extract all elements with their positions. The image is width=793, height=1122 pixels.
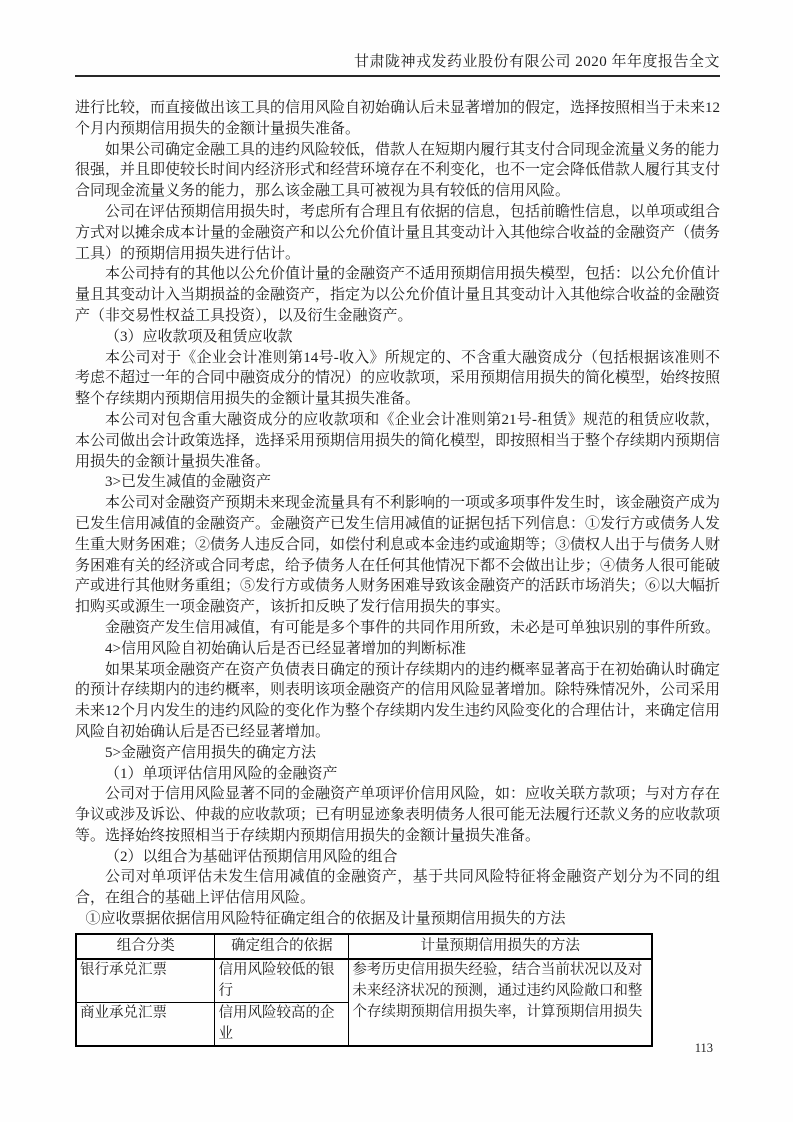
paragraph: 如果公司确定金融工具的违约风险较低，借款人在短期内履行其支付合同现金流量义务的能… [75,140,720,202]
cell-combination-basis: 信用风险较高的企业 [215,1002,349,1046]
paragraph: （3）应收款项及租赁应收款 [75,327,720,348]
cell-measurement-method: 参考历史信用损失经验，结合当前状况以及对未来经济状况的预测，通过违约风险敞口和整… [349,959,652,1046]
paragraph: （2）以组合为基础评估预期信用风险的组合 [75,847,720,868]
paragraph: 本公司对包含重大融资成分的应收款项和《企业会计准则第21号-租赁》规范的租赁应收… [75,410,720,472]
paragraph: 本公司持有的其他以公允价值计量的金融资产不适用预期信用损失模型，包括：以公允价值… [75,264,720,326]
paragraph: 4>信用风险自初始确认后是否已经显著增加的判断标准 [75,639,720,660]
paragraph: 公司对于信用风险显著不同的金融资产单项评价信用风险，如：应收关联方款项；与对方存… [75,784,720,846]
body-paragraphs: 进行比较，而直接做出该工具的信用风险自初始确认后未显著增加的假定，选择按照相当于… [75,98,720,930]
paragraph: 如果某项金融资产在资产负债表日确定的预计存续期内的违约概率显著高于在初始确认时确… [75,660,720,743]
table-row-bank-acceptance: 银行承兑汇票 信用风险较低的银行 参考历史信用损失经验，结合当前状况以及对未来经… [76,959,652,1003]
cell-combination-basis: 信用风险较低的银行 [215,959,349,1003]
paragraph: 5>金融资产信用损失的确定方法 [75,743,720,764]
document-body: 进行比较，而直接做出该工具的信用风险自初始确认后未显著增加的假定，选择按照相当于… [75,98,720,1047]
column-header-combination-basis: 确定组合的依据 [215,934,349,959]
document-page: 甘肃陇神戎发药业股份有限公司 2020 年年度报告全文 进行比较，而直接做出该工… [0,0,793,1122]
paragraph: （1）单项评估信用风险的金融资产 [75,764,720,785]
paragraph: 公司在评估预期信用损失时，考虑所有合理且有依据的信息，包括前瞻性信息，以单项或组… [75,202,720,264]
paragraph: ①应收票据依据信用风险特征确定组合的依据及计量预期信用损失的方法 [75,909,720,930]
column-header-combination-class: 组合分类 [76,934,215,959]
paragraph: 进行比较，而直接做出该工具的信用风险自初始确认后未显著增加的假定，选择按照相当于… [75,98,720,140]
page-number: 113 [695,1041,713,1055]
page-header: 甘肃陇神戎发药业股份有限公司 2020 年年度报告全文 [75,0,720,77]
table-header-row: 组合分类 确定组合的依据 计量预期信用损失的方法 [76,934,652,959]
header-title: 甘肃陇神戎发药业股份有限公司 2020 年年度报告全文 [354,54,720,70]
paragraph: 本公司对于《企业会计准则第14号-收入》所规定的、不含重大融资成分（包括根据该准… [75,348,720,410]
paragraph: 3>已发生减值的金融资产 [75,472,720,493]
cell-combination-class: 商业承兑汇票 [76,1002,215,1046]
paragraph: 金融资产发生信用减值，有可能是多个事件的共同作用所致，未必是可单独识别的事件所致… [75,618,720,639]
column-header-measurement-method: 计量预期信用损失的方法 [349,934,652,959]
credit-risk-combination-table: 组合分类 确定组合的依据 计量预期信用损失的方法 银行承兑汇票 信用风险较低的银… [75,933,653,1047]
paragraph: 本公司对金融资产预期未来现金流量具有不利影响的一项或多项事件发生时，该金融资产成… [75,493,720,618]
page-footer: 113 [695,1041,713,1056]
cell-combination-class: 银行承兑汇票 [76,959,215,1003]
paragraph: 公司对单项评估未发生信用减值的金融资产，基于共同风险特征将金融资产划分为不同的组… [75,867,720,909]
